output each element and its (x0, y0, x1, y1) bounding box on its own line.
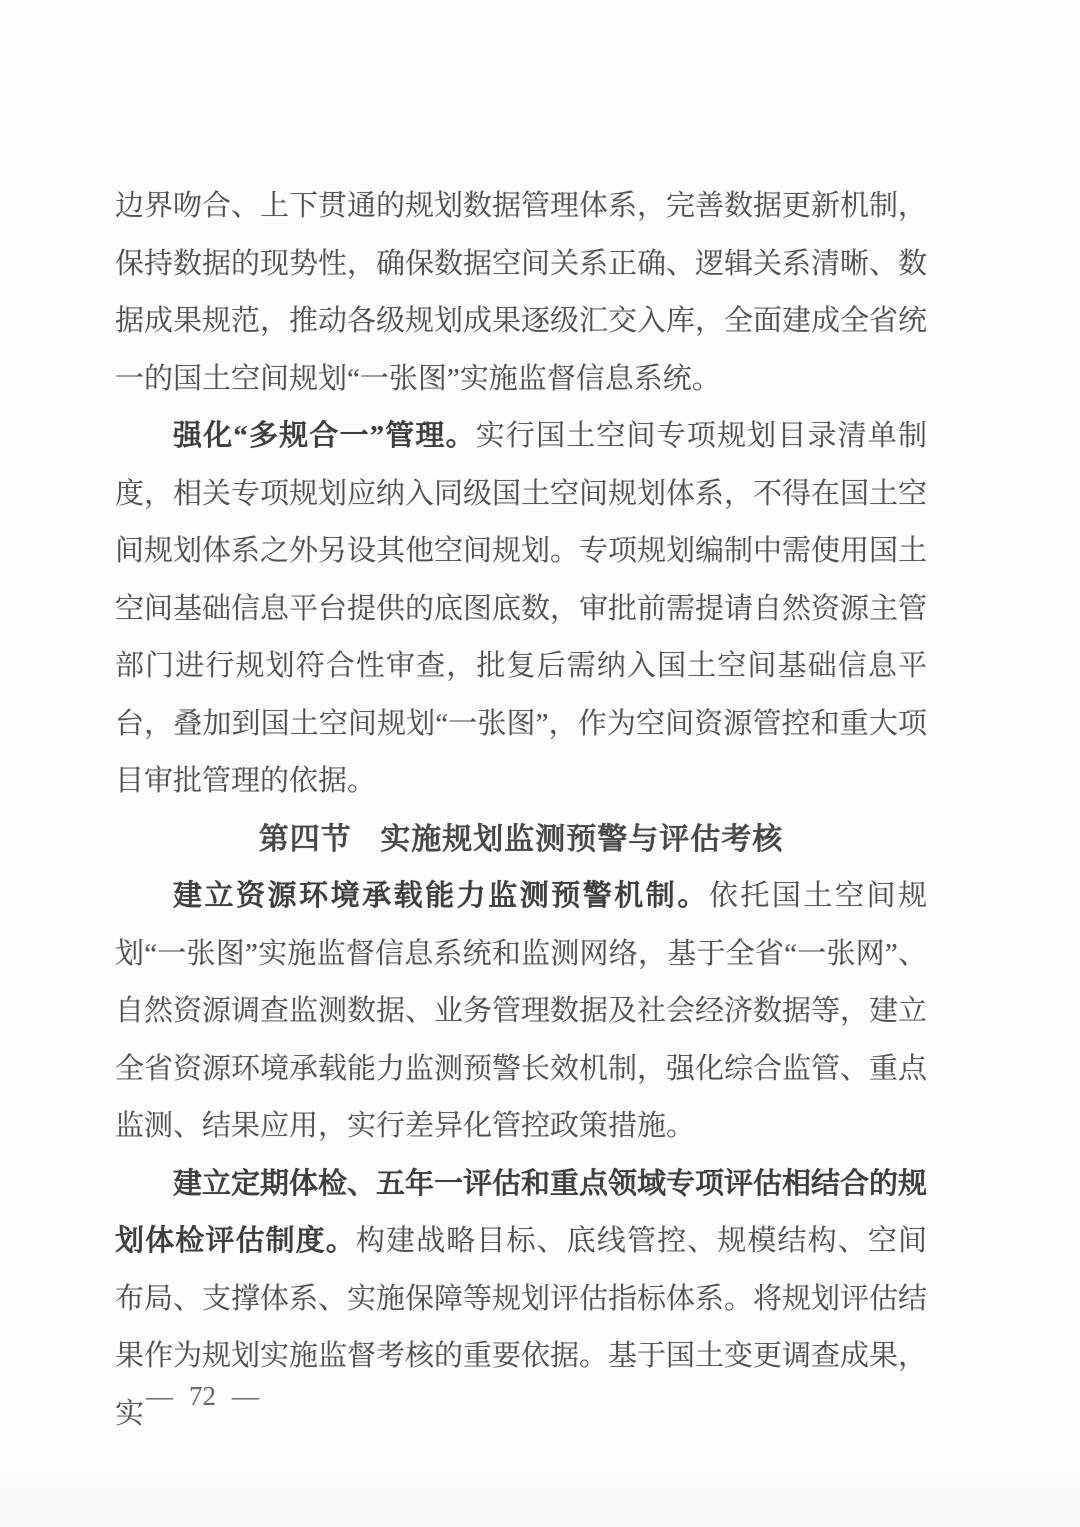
scanned-document-page: 边界吻合、上下贯通的规划数据管理体系，完善数据更新机制，保持数据的现势性，确保数… (0, 0, 1080, 1527)
paragraph-continuation: 边界吻合、上下贯通的规划数据管理体系，完善数据更新机制，保持数据的现势性，确保数… (115, 178, 927, 408)
paragraph-2-text: 实行国土空间专项规划目录清单制度，相关专项规划应纳入同级国土空间规划体系，不得在… (115, 420, 927, 797)
section-heading: 第四节实施规划监测预警与评估考核 (115, 811, 927, 869)
page-number: 72 (189, 1380, 216, 1412)
page-footer: —72— (146, 1380, 259, 1412)
text-block: 边界吻合、上下贯通的规划数据管理体系，完善数据更新机制，保持数据的现势性，确保数… (115, 178, 927, 1443)
footer-left-dash: — (146, 1381, 173, 1411)
paragraph-1-text: 边界吻合、上下贯通的规划数据管理体系，完善数据更新机制，保持数据的现势性，确保数… (115, 190, 927, 395)
paragraph-monitoring-warning: 建立资源环境承载能力监测预警机制。依托国土空间规划“一张图”实施监督信息系统和监… (115, 868, 927, 1156)
footer-right-dash: — (232, 1381, 259, 1411)
paragraph-2-lead: 强化“多规合一”管理。 (173, 420, 476, 452)
section-heading-title: 实施规划监测预警与评估考核 (380, 823, 783, 856)
paragraph-3-text: 依托国土空间规划“一张图”实施监督信息系统和监测网络，基于全省“一张网”、自然资… (115, 880, 927, 1142)
section-heading-label: 第四节 (259, 823, 352, 856)
paragraph-3-lead: 建立资源环境承载能力监测预警机制。 (173, 880, 709, 912)
paragraph-strengthen-multi-plan: 强化“多规合一”管理。实行国土空间专项规划目录清单制度，相关专项规划应纳入同级国… (115, 408, 927, 811)
